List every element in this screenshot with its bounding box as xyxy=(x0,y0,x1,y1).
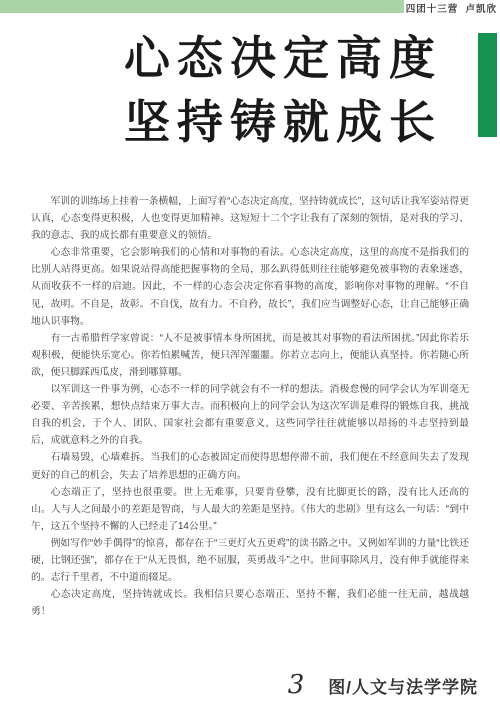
page-footer: 3 图/人文与法学学院 xyxy=(288,670,478,700)
title-line-1: 心态决定高度 xyxy=(90,26,476,90)
paragraph-6: 心态端正了，坚持也很重要。世上无难事，只要肯登攀，没有比脚更长的路，没有比人还高… xyxy=(31,484,469,535)
article-title: 心态决定高度 坚持铸就成长 xyxy=(90,26,476,154)
magazine-page: 四团十三营 卢凯欣 心态决定高度 坚持铸就成长 军训的训练场上挂着一条横幅，上面… xyxy=(0,0,500,707)
page-number: 3 xyxy=(288,670,305,700)
byline: 四团十三营 卢凯欣 xyxy=(406,1,497,15)
paragraph-1: 军训的训练场上挂着一条横幅，上面写着“心态决定高度，坚持铸就成长”，这句话让我军… xyxy=(31,193,469,244)
paragraph-5: 石墙易毁，心墙难拆。当我们的心态被固定而使得思想停滞不前，我们便在不经意间失去了… xyxy=(31,449,469,483)
paragraph-4: 以军训这一件事为例，心态不一样的同学就会有不一样的想法。消极怠慢的同学会认为军训… xyxy=(31,381,469,449)
paragraph-7: 例如写作“妙手偶得”的惊喜，都存在于“三更灯火五更鸡”的读书路之中。又例如军训的… xyxy=(31,535,469,586)
paragraph-8: 心态决定高度，坚持铸就成长。我相信只要心态端正、坚持不懈，我们必能一往无前，越战… xyxy=(31,586,469,620)
paragraph-2: 心态非常重要，它会影响我们的心情和对事物的看法。心态决定高度，这里的高度不是指我… xyxy=(31,244,469,329)
title-line-2: 坚持铸就成长 xyxy=(90,90,476,154)
header-green-bar xyxy=(0,0,404,13)
article-body: 军训的训练场上挂着一条横幅，上面写着“心态决定高度，坚持铸就成长”，这句话让我军… xyxy=(31,193,469,620)
photo-credit: 图/人文与法学学院 xyxy=(328,673,478,698)
title-accent-bar xyxy=(478,33,497,137)
paragraph-3: 有一古希腊哲学家曾说：“人不是被事情本身所困扰，而是被其对事物的看法所困扰。”因… xyxy=(31,330,469,381)
